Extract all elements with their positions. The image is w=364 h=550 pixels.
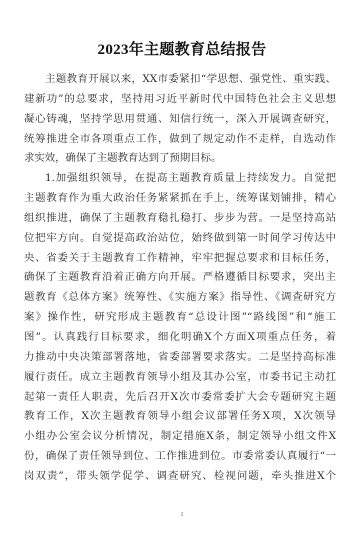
text-line: 确保了主题教育沿着正确方向开展。严格遵循目标要求，突出主 [24,268,336,288]
text-line: 题教育《总体方案》统筹性、《实施方案》指导性、《调查研究方 [24,288,336,308]
text-line: 凝心铸魂，坚持学思用贯通、知信行统一，深入开展调查研究， [24,110,336,130]
text-line: 位把牢方向。自觉提高政治站位，始终做到第一时间学习传达中 [24,229,336,249]
text-line: 份，确保了责任领导到位、工作推进到位。市委常委认真履行“一 [24,447,336,467]
text-line: 小组办公室会议分析情况，制定措施X条，制定领导小组文件X [24,427,336,447]
text-line: 央、省委关于主题教育工作精神，牢牢把握总要求和目标任务， [24,249,336,269]
text-line: 力推动中央决策部署落地，省委部署要求落实。二是坚持高标准 [24,348,336,368]
text-line: 教育工作，X次主题教育领导小组会议部署任务X项，X次领导 [24,407,336,427]
text-line: 统筹推进全市各项重点工作，做到了规定动作不走样，自选动作 [24,130,336,150]
text-line: 组织推进，确保了主题教育稳扎稳打、步步为营。一是坚持高站 [24,209,336,229]
text-line: 建新功”的总要求，坚持用习近平新时代中国特色社会主义思想 [24,90,336,110]
document-title: 2023年主题教育总结报告 [0,41,364,59]
text-line: 主题教育开展以来，XX市委紧扣“学思想、强党性、重实践、 [24,70,336,90]
text-line: 案》操作性，研究形成主题教育“总设计图”“路线图”和“施工 [24,308,336,328]
text-line: 履行责任。成立主题教育领导小组及其办公室，市委书记主动扛 [24,368,336,388]
text-line: 图”。认真践行目标要求，细化明确X个方面X项重点任务，着 [24,328,336,348]
document-page: 2023年主题教育总结报告 主题教育开展以来，XX市委紧扣“学思想、强党性、重实… [0,0,364,550]
text-line: 求实效，确保了主题教育达到了预期目标。 [24,149,336,169]
text-line: 起第一责任人职责，先后召开X次市委常委扩大会专题研究主题 [24,388,336,408]
text-line: 1.加强组织领导，在提高主题教育质量上持续发力。自觉把 [24,169,336,189]
page-number: 1 [0,512,364,518]
text-line: 岗双责”，带头领学促学、调查研究、检视问题，牵头推进X个 [24,467,336,487]
document-body: 主题教育开展以来，XX市委紧扣“学思想、强党性、重实践、 建新功”的总要求，坚持… [24,70,336,487]
text-line: 主题教育作为重大政治任务紧紧抓在手上，统筹谋划铺排，精心 [24,189,336,209]
